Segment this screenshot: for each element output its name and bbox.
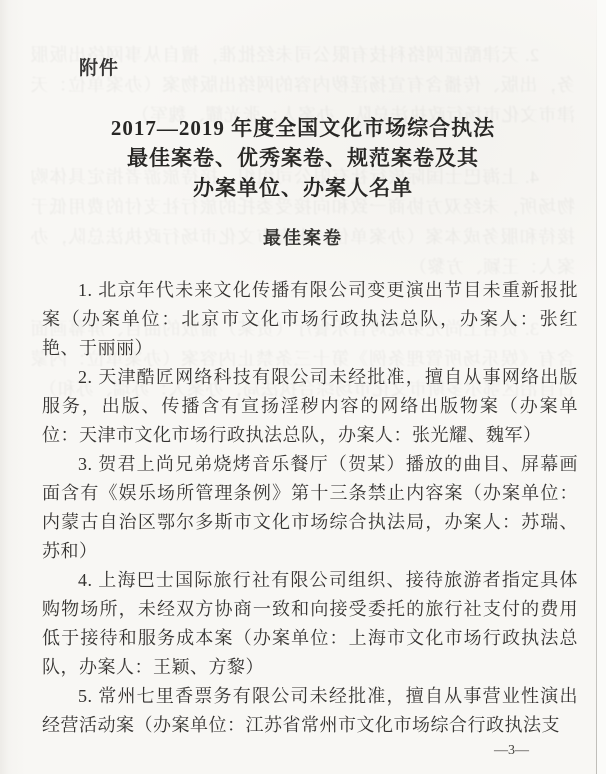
document-title: 2017—2019 年度全国文化市场综合执法 最佳案卷、优秀案卷、规范案卷及其 … xyxy=(0,113,606,203)
page-number: —3— xyxy=(494,743,529,759)
document-title-line-2: 最佳案卷、优秀案卷、规范案卷及其 xyxy=(0,143,606,173)
case-item-1: 1. 北京年代未来文化传播有限公司变更演出节目未重新报批案（办案单位：北京市文化… xyxy=(42,276,578,363)
attachment-label: 附件 xyxy=(79,53,119,80)
case-item-4: 4. 上海巴士国际旅行社有限公司组织、接待旅游者指定具体购物场所，未经双方协商一… xyxy=(42,566,578,682)
scanner-background-strip xyxy=(597,0,606,774)
scanned-document-page: 2. 天津酷匠网络科技有限公司未经批准，擅自从事网络出版服务，出版、传播含有宣扬… xyxy=(0,0,606,774)
section-heading-best-case-files: 最佳案卷 xyxy=(0,224,606,250)
case-item-3: 3. 贺君上尚兄弟烧烤音乐餐厅（贺某）播放的曲目、屏幕画面含有《娱乐场所管理条例… xyxy=(42,450,578,566)
document-title-line-1: 2017—2019 年度全国文化市场综合执法 xyxy=(0,113,606,143)
case-list: 1. 北京年代未来文化传播有限公司变更演出节目未重新报批案（办案单位：北京市文化… xyxy=(42,276,578,740)
case-item-5: 5. 常州七里香票务有限公司未经批准，擅自从事营业性演出经营活动案（办案单位：江… xyxy=(42,682,578,740)
document-title-line-3: 办案单位、办案人名单 xyxy=(0,173,606,203)
case-item-2: 2. 天津酷匠网络科技有限公司未经批准，擅自从事网络出版服务，出版、传播含有宣扬… xyxy=(42,363,578,450)
